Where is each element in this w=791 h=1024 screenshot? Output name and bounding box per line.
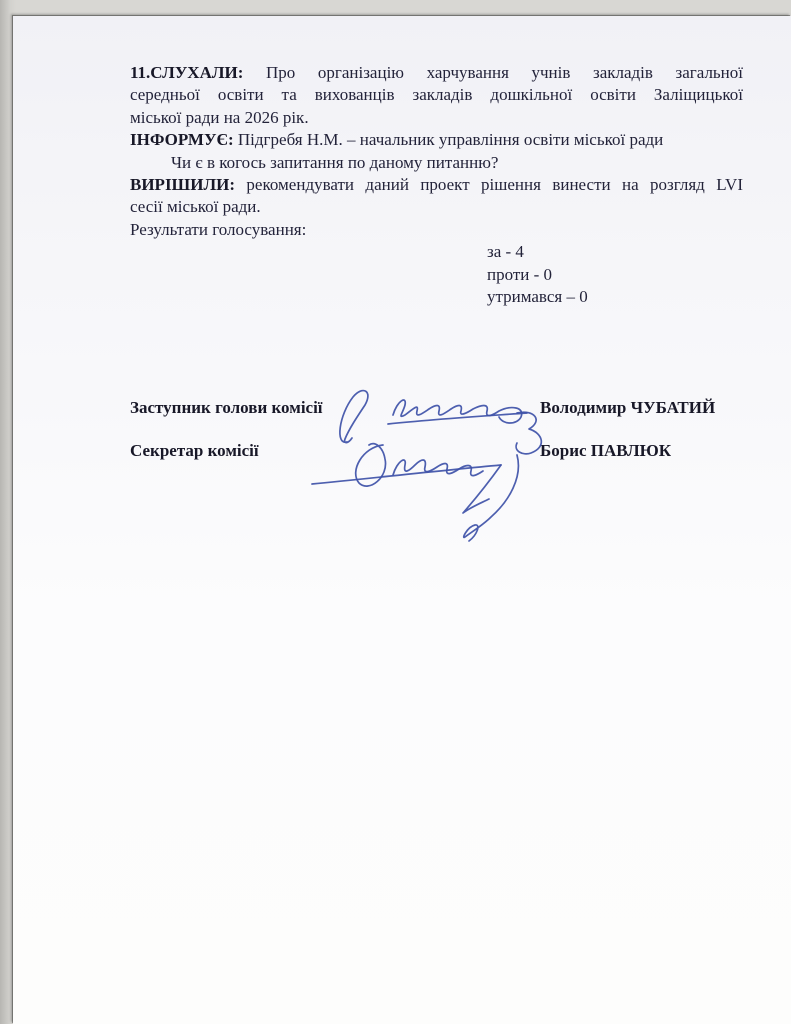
heading-sluhaly: 11.СЛУХАЛИ: bbox=[130, 63, 266, 82]
text-run: Про організацію харчування учнів закладі… bbox=[266, 63, 743, 82]
text-run: сесії міської ради. bbox=[130, 197, 261, 216]
text-run: міської ради на 2026 рік. bbox=[130, 108, 309, 127]
signature-row-secretary: Секретар комісії Борис ПАВЛЮК bbox=[130, 440, 743, 462]
text-run: Чи є в когось запитання по даному питанн… bbox=[171, 153, 498, 172]
vote-abstained: утримався – 0 bbox=[487, 286, 743, 309]
text-run: середньої освіти та вихованців закладів … bbox=[130, 85, 743, 104]
signature-role-label: Заступник голови комісії bbox=[130, 397, 540, 419]
vote-against: проти - 0 bbox=[487, 264, 743, 287]
text-run: Результати голосування: bbox=[130, 220, 306, 239]
paragraph-informuye: ІНФОРМУЄ: Підгребя Н.М. – начальник упра… bbox=[130, 129, 743, 151]
question-line: Чи є в когось запитання по даному питанн… bbox=[130, 152, 743, 174]
paragraph-vyrishyly-line-2: сесії міської ради. bbox=[130, 196, 743, 218]
signature-row-deputy-head: Заступник голови комісії Володимир ЧУБАТ… bbox=[130, 397, 743, 419]
document-body: 11.СЛУХАЛИ: Про організацію харчування у… bbox=[130, 62, 743, 484]
heading-informuye: ІНФОРМУЄ: bbox=[130, 130, 238, 149]
vote-for: за - 4 bbox=[487, 241, 743, 264]
vote-results-block: за - 4 проти - 0 утримався – 0 bbox=[487, 241, 743, 309]
signatory-name: Володимир ЧУБАТИЙ bbox=[540, 397, 715, 419]
signatory-name: Борис ПАВЛЮК bbox=[540, 440, 671, 462]
signature-role-label: Секретар комісії bbox=[130, 440, 540, 462]
text-run: рекомендувати даний проект рішення винес… bbox=[246, 175, 743, 194]
scanned-document-page: 11.СЛУХАЛИ: Про організацію харчування у… bbox=[13, 16, 791, 1024]
heading-vyrishyly: ВИРІШИЛИ: bbox=[130, 175, 246, 194]
paragraph-sluhaly-line-2: середньої освіти та вихованців закладів … bbox=[130, 84, 743, 106]
signature-block: Заступник голови комісії Володимир ЧУБАТ… bbox=[130, 397, 743, 463]
paragraph-sluhaly-line-3: міської ради на 2026 рік. bbox=[130, 107, 743, 129]
paragraph-sluhaly-line-1: 11.СЛУХАЛИ: Про організацію харчування у… bbox=[130, 62, 743, 84]
paragraph-vyrishyly-line-1: ВИРІШИЛИ: рекомендувати даний проект ріш… bbox=[130, 174, 743, 196]
voting-results-heading: Результати голосування: bbox=[130, 219, 743, 241]
text-run: Підгребя Н.М. – начальник управління осв… bbox=[238, 130, 663, 149]
